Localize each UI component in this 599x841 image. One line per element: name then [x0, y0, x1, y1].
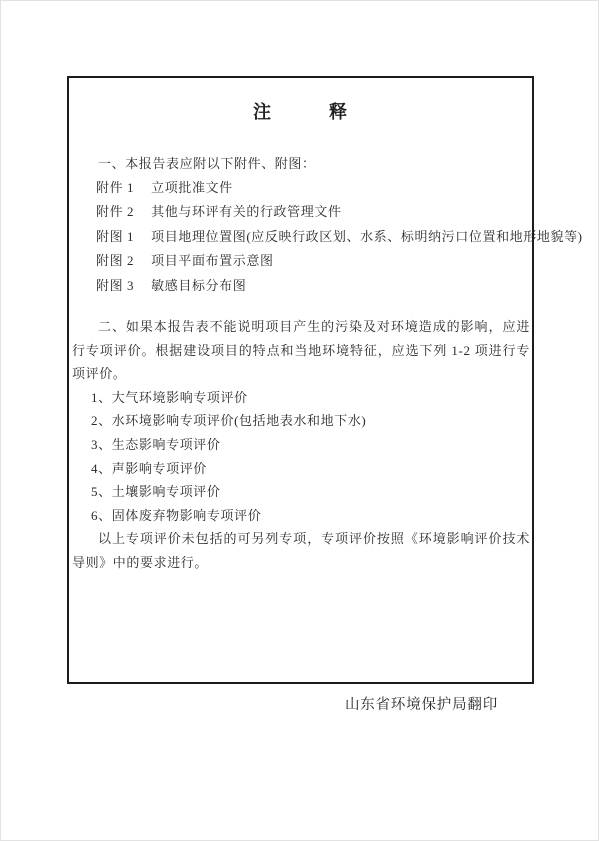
special-eval-item: 5、土壤影响专项评价 [72, 480, 530, 504]
attachment-text: 项目地理位置图(应反映行政区划、水系、标明纳污口位置和地形地貌等) [151, 229, 582, 244]
note-content: 一、本报告表应附以下附件、附图： 附件 1立项批准文件 附件 2其他与环评有关的… [69, 152, 532, 575]
publisher-note: 山东省环境保护局翻印 [345, 693, 498, 714]
attachment-item: 附图 3敏感目标分布图 [72, 274, 530, 299]
attachment-label: 附图 1 [96, 229, 134, 244]
attachments-list: 附件 1立项批准文件 附件 2其他与环评有关的行政管理文件 附图 1项目地理位置… [72, 176, 530, 299]
special-eval-item: 6、固体废弃物影响专项评价 [72, 504, 530, 528]
attachment-item: 附图 2项目平面布置示意图 [72, 249, 530, 274]
attachment-label: 附图 2 [96, 253, 134, 268]
attachment-text: 项目平面布置示意图 [151, 253, 273, 268]
page-title: 注 释 [69, 102, 532, 122]
attachment-label: 附件 2 [96, 204, 134, 219]
special-eval-list: 1、大气环境影响专项评价 2、水环境影响专项评价(包括地表水和地下水) 3、生态… [72, 386, 530, 528]
special-eval-item: 1、大气环境影响专项评价 [72, 386, 530, 410]
note-border-box: 注 释 一、本报告表应附以下附件、附图： 附件 1立项批准文件 附件 2其他与环… [67, 76, 534, 684]
attachment-text: 敏感目标分布图 [151, 278, 246, 293]
attachment-label: 附件 1 [96, 180, 134, 195]
attachment-text: 其他与环评有关的行政管理文件 [151, 204, 341, 219]
special-eval-item: 4、声影响专项评价 [72, 457, 530, 481]
special-eval-item: 2、水环境影响专项评价(包括地表水和地下水) [72, 409, 530, 433]
attachment-text: 立项批准文件 [151, 180, 233, 195]
attachment-item: 附件 2其他与环评有关的行政管理文件 [72, 200, 530, 225]
special-eval-closing: 以上专项评价未包括的可另列专项，专项评价按照《环境影响评价技术导则》中的要求进行… [72, 527, 530, 574]
document-page: 注 释 一、本报告表应附以下附件、附图： 附件 1立项批准文件 附件 2其他与环… [0, 0, 599, 841]
special-eval-item: 3、生态影响专项评价 [72, 433, 530, 457]
attachments-intro: 一、本报告表应附以下附件、附图： [72, 152, 530, 176]
special-eval-intro: 二、如果本报告表不能说明项目产生的污染及对环境造成的影响，应进行专项评价。根据建… [72, 315, 530, 386]
attachment-label: 附图 3 [96, 278, 134, 293]
attachment-item: 附件 1立项批准文件 [72, 176, 530, 201]
attachment-item: 附图 1项目地理位置图(应反映行政区划、水系、标明纳污口位置和地形地貌等) [72, 225, 530, 250]
